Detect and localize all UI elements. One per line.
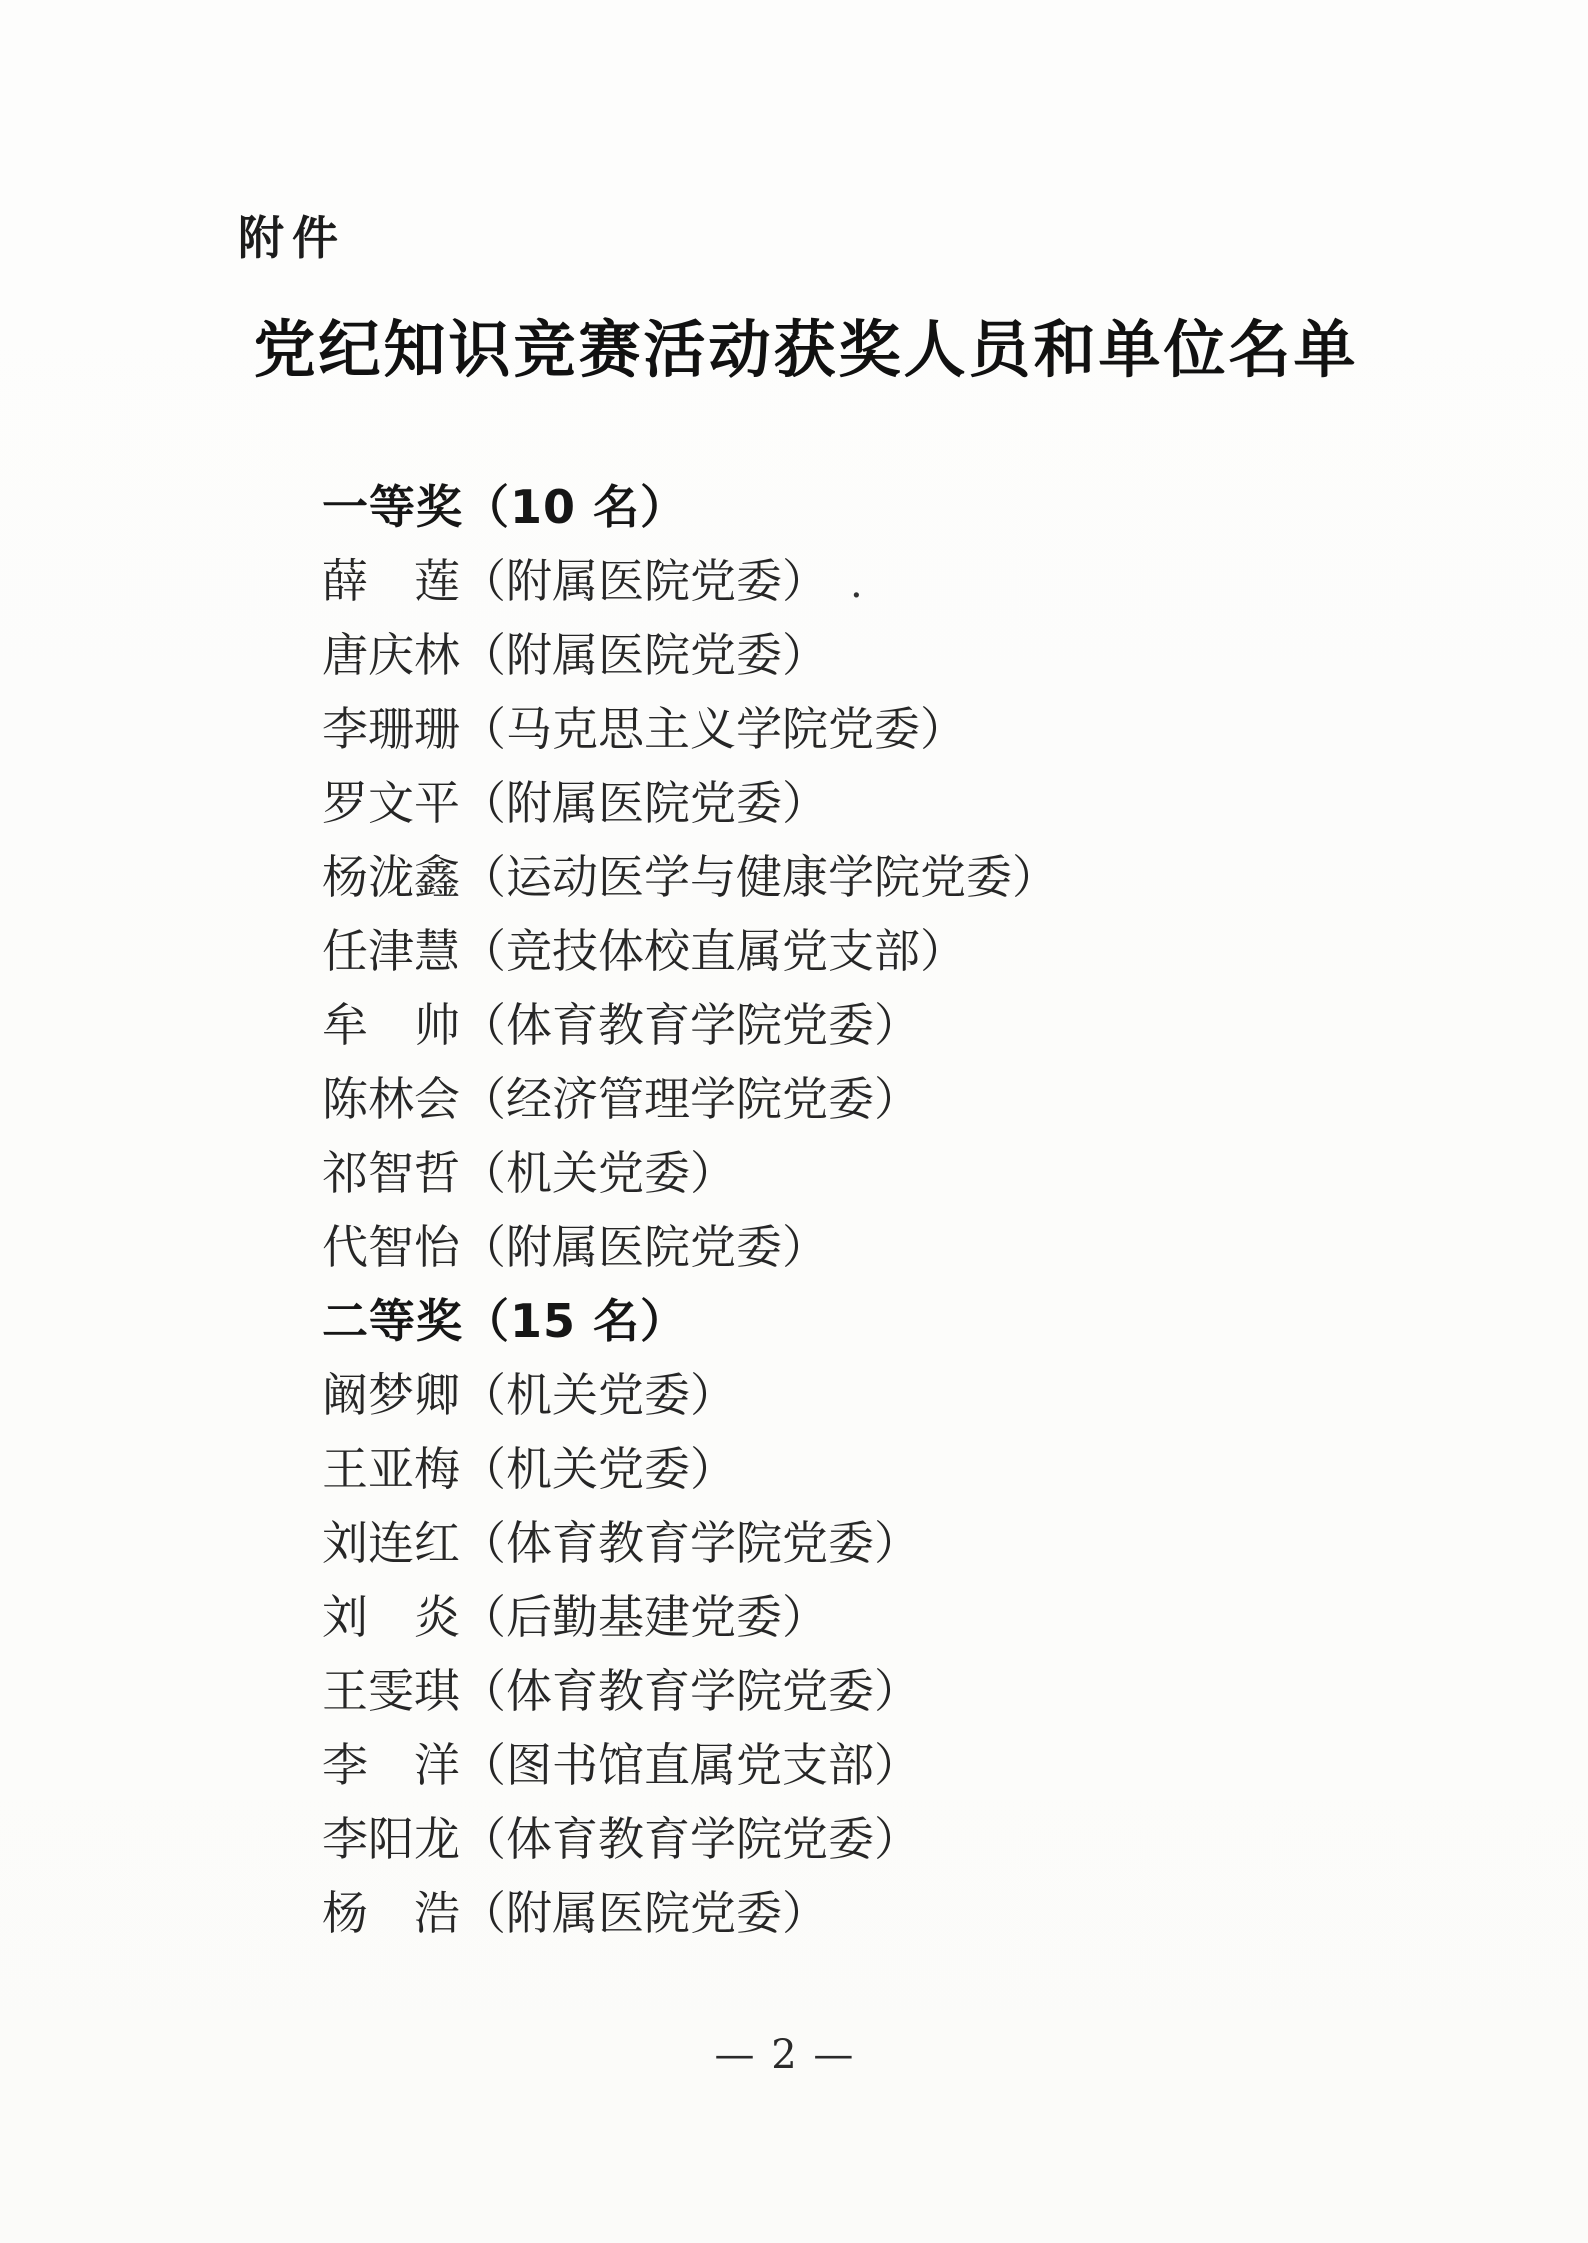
document-page: 附件 党纪知识竞赛活动获奖人员和单位名单 一等奖（10 名）薛 莲（附属医院党委…: [0, 0, 1588, 2243]
winner-unit: （经济管理学院党委）: [460, 1072, 920, 1126]
winner-name: 杨 浩: [322, 1876, 460, 1950]
winner-unit: （附属医院党委）: [460, 1220, 828, 1274]
list-item: 王亚梅（机关党委）: [322, 1432, 1422, 1506]
winner-unit: （附属医院党委）: [460, 776, 828, 830]
winner-unit: （机关党委）: [460, 1442, 736, 1496]
winner-name: 任津慧: [322, 914, 460, 988]
winner-unit: （竞技体校直属党支部）: [460, 924, 966, 978]
winner-name: 陈林会: [322, 1062, 460, 1136]
section-heading: 二等奖（15 名）: [322, 1284, 1422, 1358]
list-item: 刘连红（体育教育学院党委）: [322, 1506, 1422, 1580]
winner-unit: （运动医学与健康学院党委）: [460, 850, 1058, 904]
list-item: 祁智哲（机关党委）: [322, 1136, 1422, 1210]
winner-unit: （体育教育学院党委）: [460, 1812, 920, 1866]
page-number: — 2 —: [0, 2032, 1588, 2078]
winner-unit: （体育教育学院党委）: [460, 1664, 920, 1718]
list-item: 陈林会（经济管理学院党委）: [322, 1062, 1422, 1136]
winner-unit: （马克思主义学院党委）: [460, 702, 966, 756]
winner-unit: （体育教育学院党委）: [460, 998, 920, 1052]
winner-name: 刘 炎: [322, 1580, 460, 1654]
list-item: 代智怡（附属医院党委）: [322, 1210, 1422, 1284]
winner-name: 李珊珊: [322, 692, 460, 766]
list-item: 李 洋（图书馆直属党支部）: [322, 1728, 1422, 1802]
award-list: 一等奖（10 名）薛 莲（附属医院党委）.唐庆林（附属医院党委）李珊珊（马克思主…: [322, 470, 1422, 1950]
list-item: 阚梦卿（机关党委）: [322, 1358, 1422, 1432]
winner-unit: （机关党委）: [460, 1146, 736, 1200]
list-item: 牟 帅（体育教育学院党委）: [322, 988, 1422, 1062]
list-item: 王雯琪（体育教育学院党委）: [322, 1654, 1422, 1728]
winner-name: 杨泷鑫: [322, 840, 460, 914]
winner-unit: （机关党委）: [460, 1368, 736, 1422]
list-item: 唐庆林（附属医院党委）: [322, 618, 1422, 692]
list-item: 薛 莲（附属医院党委）.: [322, 544, 1422, 618]
winner-name: 阚梦卿: [322, 1358, 460, 1432]
winner-unit: （体育教育学院党委）: [460, 1516, 920, 1570]
list-item: 刘 炎（后勤基建党委）: [322, 1580, 1422, 1654]
winner-name: 罗文平: [322, 766, 460, 840]
winner-unit: （附属医院党委）: [460, 1886, 828, 1940]
page-title: 党纪知识竞赛活动获奖人员和单位名单: [0, 300, 1588, 389]
winner-unit: （图书馆直属党支部）: [460, 1738, 920, 1792]
list-item: 李珊珊（马克思主义学院党委）: [322, 692, 1422, 766]
winner-name: 王雯琪: [322, 1654, 460, 1728]
attachment-label: 附件: [238, 202, 346, 268]
section-heading: 一等奖（10 名）: [322, 470, 1422, 544]
winner-name: 牟 帅: [322, 988, 460, 1062]
winner-name: 李 洋: [322, 1728, 460, 1802]
winner-name: 代智怡: [322, 1210, 460, 1284]
list-item: 任津慧（竞技体校直属党支部）: [322, 914, 1422, 988]
list-item: 罗文平（附属医院党委）: [322, 766, 1422, 840]
list-item: 杨泷鑫（运动医学与健康学院党委）: [322, 840, 1422, 914]
winner-name: 薛 莲: [322, 544, 460, 618]
winner-name: 刘连红: [322, 1506, 460, 1580]
winner-name: 王亚梅: [322, 1432, 460, 1506]
list-item: 李阳龙（体育教育学院党委）: [322, 1802, 1422, 1876]
winner-name: 李阳龙: [322, 1802, 460, 1876]
list-item: 杨 浩（附属医院党委）: [322, 1876, 1422, 1950]
winner-suffix: .: [850, 561, 863, 607]
winner-name: 祁智哲: [322, 1136, 460, 1210]
winner-unit: （附属医院党委）: [460, 554, 828, 608]
winner-unit: （后勤基建党委）: [460, 1590, 828, 1644]
winner-name: 唐庆林: [322, 618, 460, 692]
winner-unit: （附属医院党委）: [460, 628, 828, 682]
